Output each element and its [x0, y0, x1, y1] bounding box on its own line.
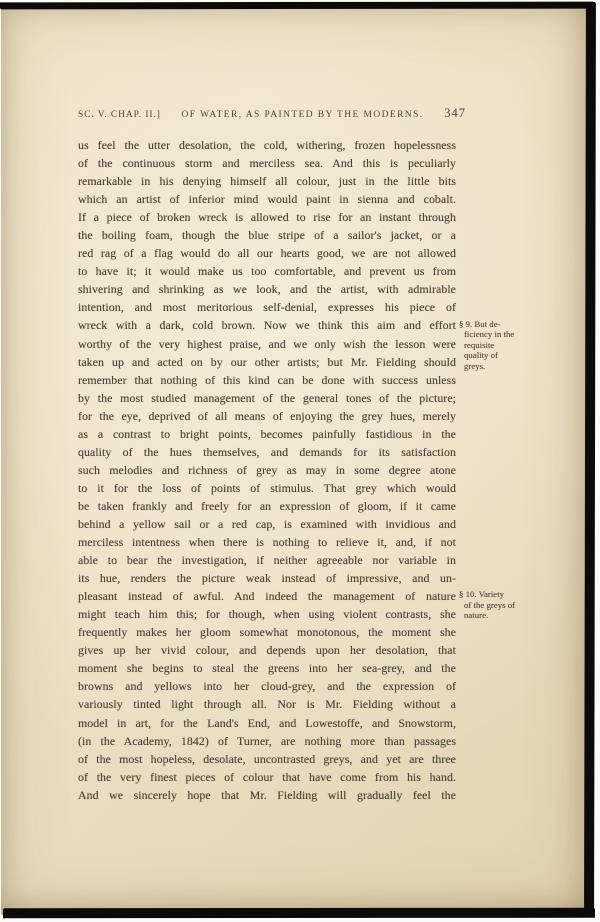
chapter-label: SC. V. CHAP. II.]: [78, 110, 161, 120]
text-line: taken up and acted on by our other artis…: [78, 353, 456, 371]
text-line: shivering and shrinking as we look, and …: [78, 280, 456, 298]
scan-edge-right: [584, 2, 596, 917]
running-header: SC. V. CHAP. II.] OF WATER, AS PAINTED B…: [78, 106, 466, 121]
sidenote-line: quality of: [459, 350, 541, 361]
text-line: us feel the utter desolation, the cold, …: [78, 136, 456, 154]
text-line: remember that nothing of this kind can b…: [78, 371, 456, 389]
text-line: for the eye, deprived of all means of en…: [78, 407, 456, 425]
sidenote-line: requisite: [459, 340, 541, 351]
text-line: of the very finest pieces of colour that…: [78, 768, 456, 786]
text-line: worthy of the very highest praise, and w…: [78, 335, 456, 353]
sidenote-line: § 9. But de-: [459, 319, 541, 330]
text-line: of the most hopeless, desolate, uncontra…: [78, 750, 456, 768]
text-line: to have it; it would make us too comfort…: [78, 262, 456, 280]
body-text: us feel the utter desolation, the cold, …: [78, 136, 456, 804]
text-line: variously tinted light through all. Nor …: [78, 695, 456, 713]
text-line: of the continuous storm and merciless se…: [78, 154, 456, 172]
sidenote: § 10. Varietyof the greys ofnature.: [459, 589, 541, 621]
text-line: red rag of a flag would do all our heart…: [78, 244, 456, 262]
sidenote: § 9. But de-ficiency in therequisitequal…: [459, 319, 541, 372]
text-line: merciless intentness when there is nothi…: [78, 533, 456, 551]
text-line: And we sincerely hope that Mr. Fielding …: [78, 786, 456, 804]
text-line: be taken frankly and freely for an expre…: [78, 497, 456, 515]
text-line: wreck with a dark, cold brown. Now we th…: [78, 316, 456, 334]
text-line: remarkable in his denying himself all co…: [78, 172, 456, 190]
text-line: by the most studied management of the ge…: [78, 389, 456, 407]
text-line: able to bear the investigation, if neith…: [78, 551, 456, 569]
text-line: to it for the loss of points of stimulus…: [78, 479, 456, 497]
text-line: model in art, for the Land's End, and Lo…: [78, 714, 456, 732]
text-line: intention, and most meritorious self-den…: [78, 298, 456, 316]
text-line: browns and yellows into her cloud-grey, …: [78, 677, 456, 695]
running-title: OF WATER, AS PAINTED BY THE MODERNS.: [182, 110, 424, 120]
scan-edge-top: [0, 2, 593, 10]
scan-edge-bottom: [3, 908, 595, 919]
text-line: as a contrast to bright points, becomes …: [78, 425, 456, 443]
text-line: the boiling foam, though the blue stripe…: [78, 226, 456, 244]
text-line: its hue, renders the picture weak instea…: [78, 569, 456, 587]
text-line: which an artist of inferior mind would p…: [78, 190, 456, 208]
sidenote-line: ficiency in the: [459, 329, 541, 340]
page-number: 347: [444, 106, 466, 121]
text-line: quality of the hues themselves, and dema…: [78, 443, 456, 461]
scanned-page: SC. V. CHAP. II.] OF WATER, AS PAINTED B…: [0, 0, 600, 922]
text-line: such melodies and richness of grey as ma…: [78, 461, 456, 479]
text-line: pleasant instead of awful. And indeed th…: [78, 587, 456, 605]
text-line: If a piece of broken wreck is allowed to…: [78, 208, 456, 226]
sidenote-line: nature.: [459, 610, 541, 621]
text-line: moment she begins to steal the greens in…: [78, 659, 456, 677]
text-line: gives up her vivid colour, and depends u…: [78, 641, 456, 659]
text-line: behind a yellow sail or a red cap, is ex…: [78, 515, 456, 533]
sidenote-line: § 10. Variety: [459, 589, 541, 600]
sidenote-line: greys.: [459, 361, 541, 372]
sidenote-line: of the greys of: [459, 600, 541, 611]
text-line: might teach him this; for though, when u…: [78, 605, 456, 623]
text-line: (in the Academy, 1842) of Turner, are no…: [78, 732, 456, 750]
text-line: frequently makes her gloom somewhat mono…: [78, 623, 456, 641]
